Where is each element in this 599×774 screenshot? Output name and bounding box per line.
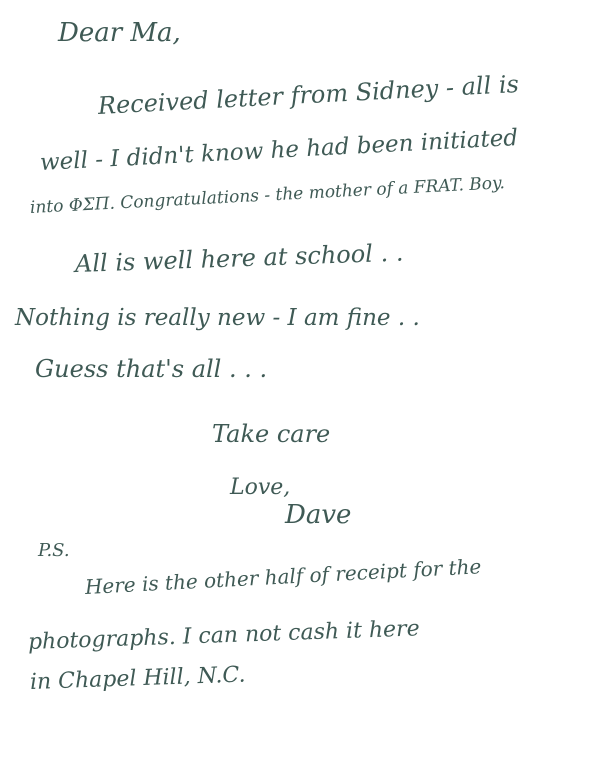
body-line-4: All is well here at school . . bbox=[75, 239, 404, 278]
body-line-1: Received letter from Sidney - all is bbox=[97, 70, 519, 120]
postscript-line-2: photographs. I can not cash it here bbox=[28, 616, 420, 655]
postscript-label: P.S. bbox=[38, 540, 70, 561]
body-line-3: into ΦΣΠ. Congratulations - the mother o… bbox=[29, 173, 505, 218]
salutation: Dear Ma, bbox=[58, 18, 181, 48]
postscript-line-1: Here is the other half of receipt for th… bbox=[84, 554, 481, 599]
body-line-6: Guess that's all . . . bbox=[35, 355, 267, 383]
body-line-5: Nothing is really new - I am fine . . bbox=[15, 305, 420, 331]
body-line-2: well - I didn't know he had been initiat… bbox=[39, 125, 518, 176]
signature: Dave bbox=[285, 500, 351, 530]
signoff: Love, bbox=[230, 475, 290, 500]
postscript-line-3: in Chapel Hill, N.C. bbox=[30, 662, 246, 695]
closing: Take care bbox=[212, 420, 330, 448]
